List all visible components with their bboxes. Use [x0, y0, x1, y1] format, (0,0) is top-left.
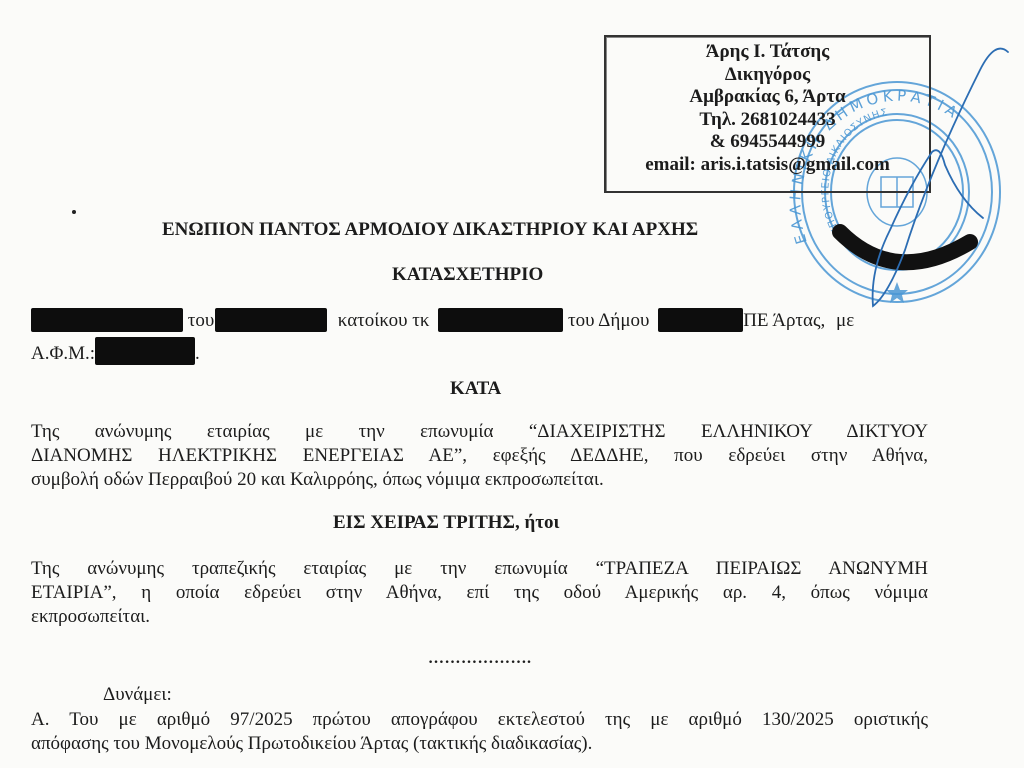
third-party-line: ΕΤΑΙΡΙΑ”, η οποία εδρεύει στην Αθήνα, επ…: [31, 581, 928, 605]
third-party-line: Της ανώνυμης τραπεζικής εταιρίας με την …: [31, 557, 928, 581]
afm-label: Α.Φ.Μ.:: [31, 343, 95, 364]
party-word: του Δήμου: [568, 310, 650, 331]
redacted-father-name: [215, 308, 327, 332]
afm-line: Α.Φ.Μ.:.: [31, 337, 200, 365]
defendant-line: Της ανώνυμης εταιρίας με την επωνυμία “Δ…: [31, 420, 928, 444]
lawyer-title: Δικηγόρος: [606, 64, 929, 87]
against-heading: ΚΑΤΑ: [450, 378, 501, 400]
third-party-heading: ΕΙΣ ΧΕΙΡΑΣ ΤΡΙΤΗΣ, ήτοι: [333, 512, 559, 534]
third-party-line: εκπροσωπείται.: [31, 605, 928, 629]
by-virtue-text: Δυνάμει:: [103, 684, 172, 705]
lawyer-mobile: & 6945544999: [606, 131, 929, 154]
defendant-line: ΔΙΑΝΟΜΗΣ ΗΛΕΚΤΡΙΚΗΣ ΕΝΕΡΓΕΙΑΣ ΑΕ”, εφεξή…: [31, 444, 928, 468]
lawyer-phone: Τηλ. 2681024433: [606, 109, 929, 132]
party-word: ΠΕ Άρτας,: [743, 310, 825, 331]
party-word: του: [188, 310, 215, 331]
court-heading: ΕΝΩΠΙΟΝ ΠΑΝΤΟΣ ΑΡΜΟΔΙΟΥ ΔΙΚΑΣΤΗΡΙΟΥ ΚΑΙ …: [162, 219, 698, 241]
redacted-afm: [95, 337, 195, 365]
document-page: ΕΛΛΗΝΙΚΗ ΔΗΜΟΚΡΑΤΙΑ ΥΠΟΥΡΓΕΙΟ ΔΙΚΑΙΟΣΥΝΗ…: [0, 0, 1024, 768]
defendant-line: συμβολή οδών Περραιβού 20 και Καλιρρόης,…: [31, 468, 928, 492]
redacted-municipality: [658, 308, 743, 332]
lawyer-email: email: aris.i.tatsis@gmail.com: [606, 154, 929, 177]
lawyer-name: Άρης Ι. Τάτσης: [606, 41, 929, 64]
redacted-name: [31, 308, 183, 332]
lawyer-letterhead: Άρης Ι. Τάτσης Δικηγόρος Αμβρακίας 6, Άρ…: [604, 35, 931, 193]
by-virtue-line: Α. Του με αριθμό 97/2025 πρώτου απογράφο…: [31, 708, 928, 732]
redacted-village: [438, 308, 563, 332]
party-word: κατοίκου τκ: [338, 310, 430, 331]
party-line: του κατοίκου τκ του Δήμου ΠΕ Άρτας, με: [31, 308, 854, 332]
party-word: με: [836, 310, 854, 331]
scan-speck: [72, 210, 76, 214]
document-type-title: ΚΑΤΑΣΧΕΤΗΡΙΟ: [392, 264, 543, 286]
by-virtue-label: Δυνάμει:: [103, 684, 172, 706]
separator-dots: ……………….: [428, 650, 532, 668]
lawyer-address: Αμβρακίας 6, Άρτα: [606, 86, 929, 109]
afm-end: .: [195, 343, 200, 364]
by-virtue-line: απόφασης του Μονομελούς Πρωτοδικείου Άρτ…: [31, 732, 928, 756]
